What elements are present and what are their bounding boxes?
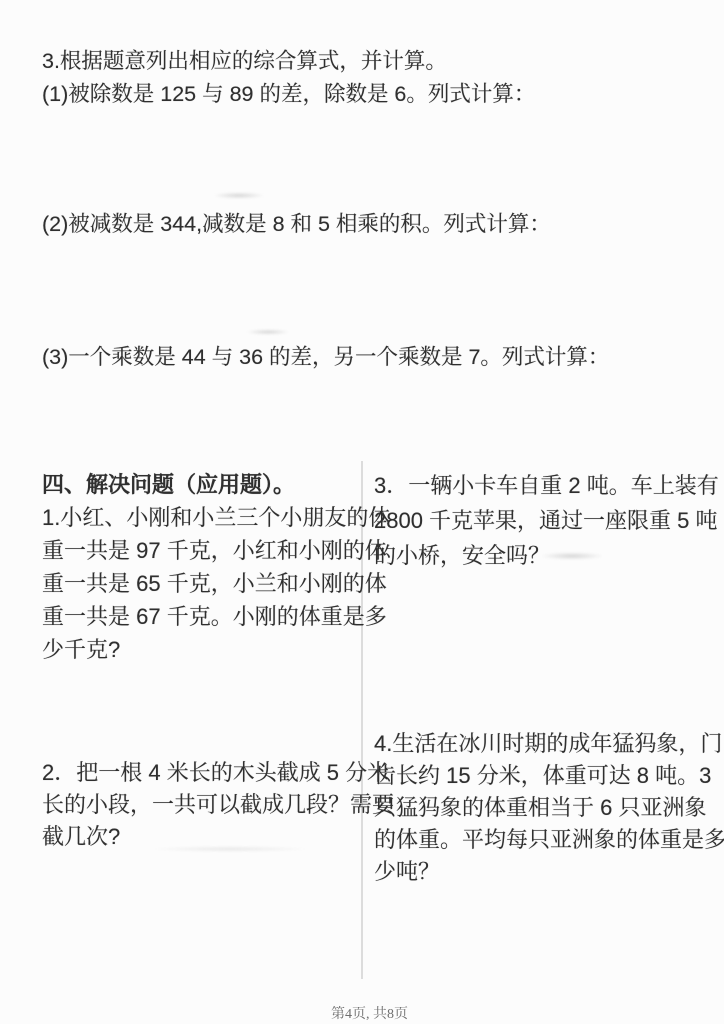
- problem-3: 3．一辆小卡车自重 2 吨。车上装有 2800 千克苹果，通过一座限重 5 吨 …: [374, 468, 719, 573]
- problem-4: 4.生活在冰川时期的成年猛犸象，门 齿长约 15 分米，体重可达 8 吨。3 只…: [374, 728, 724, 888]
- problem-1: 1.小红、小刚和小兰三个小朋友的体 重一共是 97 千克，小红和小刚的体 重一共…: [42, 501, 390, 666]
- exercise4-title: 四、解决问题（应用题）。: [42, 468, 295, 499]
- exercise3-part-1: (1)被除数是 125 与 89 的差，除数是 6。列式计算：: [42, 81, 535, 107]
- problem-1-line: 重一共是 65 千克，小兰和小刚的体: [42, 567, 390, 600]
- page-number: 第4页, 共8页: [331, 1003, 408, 1023]
- problem-4-line: 只猛犸象的体重相当于 6 只亚洲象: [374, 792, 724, 824]
- problem-2-line: 2．把一根 4 米长的木头截成 5 分米: [42, 757, 394, 789]
- problem-4-line: 少吨？: [374, 856, 724, 888]
- scan-smudge: [213, 192, 265, 199]
- exercise3-part-2: (2)被减数是 344,减数是 8 和 5 相乘的积。列式计算：: [42, 211, 551, 237]
- scan-smudge: [246, 329, 290, 335]
- problem-4-line: 的体重。平均每只亚洲象的体重是多: [374, 824, 724, 856]
- problem-2-line: 长的小段，一共可以截成几段？需要: [42, 789, 394, 821]
- problem-1-line: 1.小红、小刚和小兰三个小朋友的体: [42, 501, 390, 534]
- problem-1-line: 重一共是 97 千克，小红和小刚的体: [42, 534, 390, 567]
- worksheet-page: 3.根据题意列出相应的综合算式，并计算。 (1)被除数是 125 与 89 的差…: [0, 0, 724, 1024]
- problem-2-line: 截几次?: [42, 821, 394, 853]
- exercise3-title: 3.根据题意列出相应的综合算式，并计算。: [42, 48, 447, 74]
- problem-1-line: 重一共是 67 千克。小刚的体重是多: [42, 600, 390, 633]
- problem-4-line: 齿长约 15 分米，体重可达 8 吨。3: [374, 760, 724, 792]
- problem-2: 2．把一根 4 米长的木头截成 5 分米 长的小段，一共可以截成几段？需要 截几…: [42, 757, 394, 853]
- exercise3-part-3: (3)一个乘数是 44 与 36 的差，另一个乘数是 7。列式计算：: [42, 344, 609, 370]
- problem-4-line: 4.生活在冰川时期的成年猛犸象，门: [374, 728, 724, 760]
- problem-3-line: 的小桥，安全吗？: [374, 538, 719, 573]
- problem-3-line: 2800 千克苹果，通过一座限重 5 吨: [374, 503, 719, 538]
- problem-1-line: 少千克?: [42, 633, 390, 666]
- problem-3-line: 3．一辆小卡车自重 2 吨。车上装有: [374, 468, 719, 503]
